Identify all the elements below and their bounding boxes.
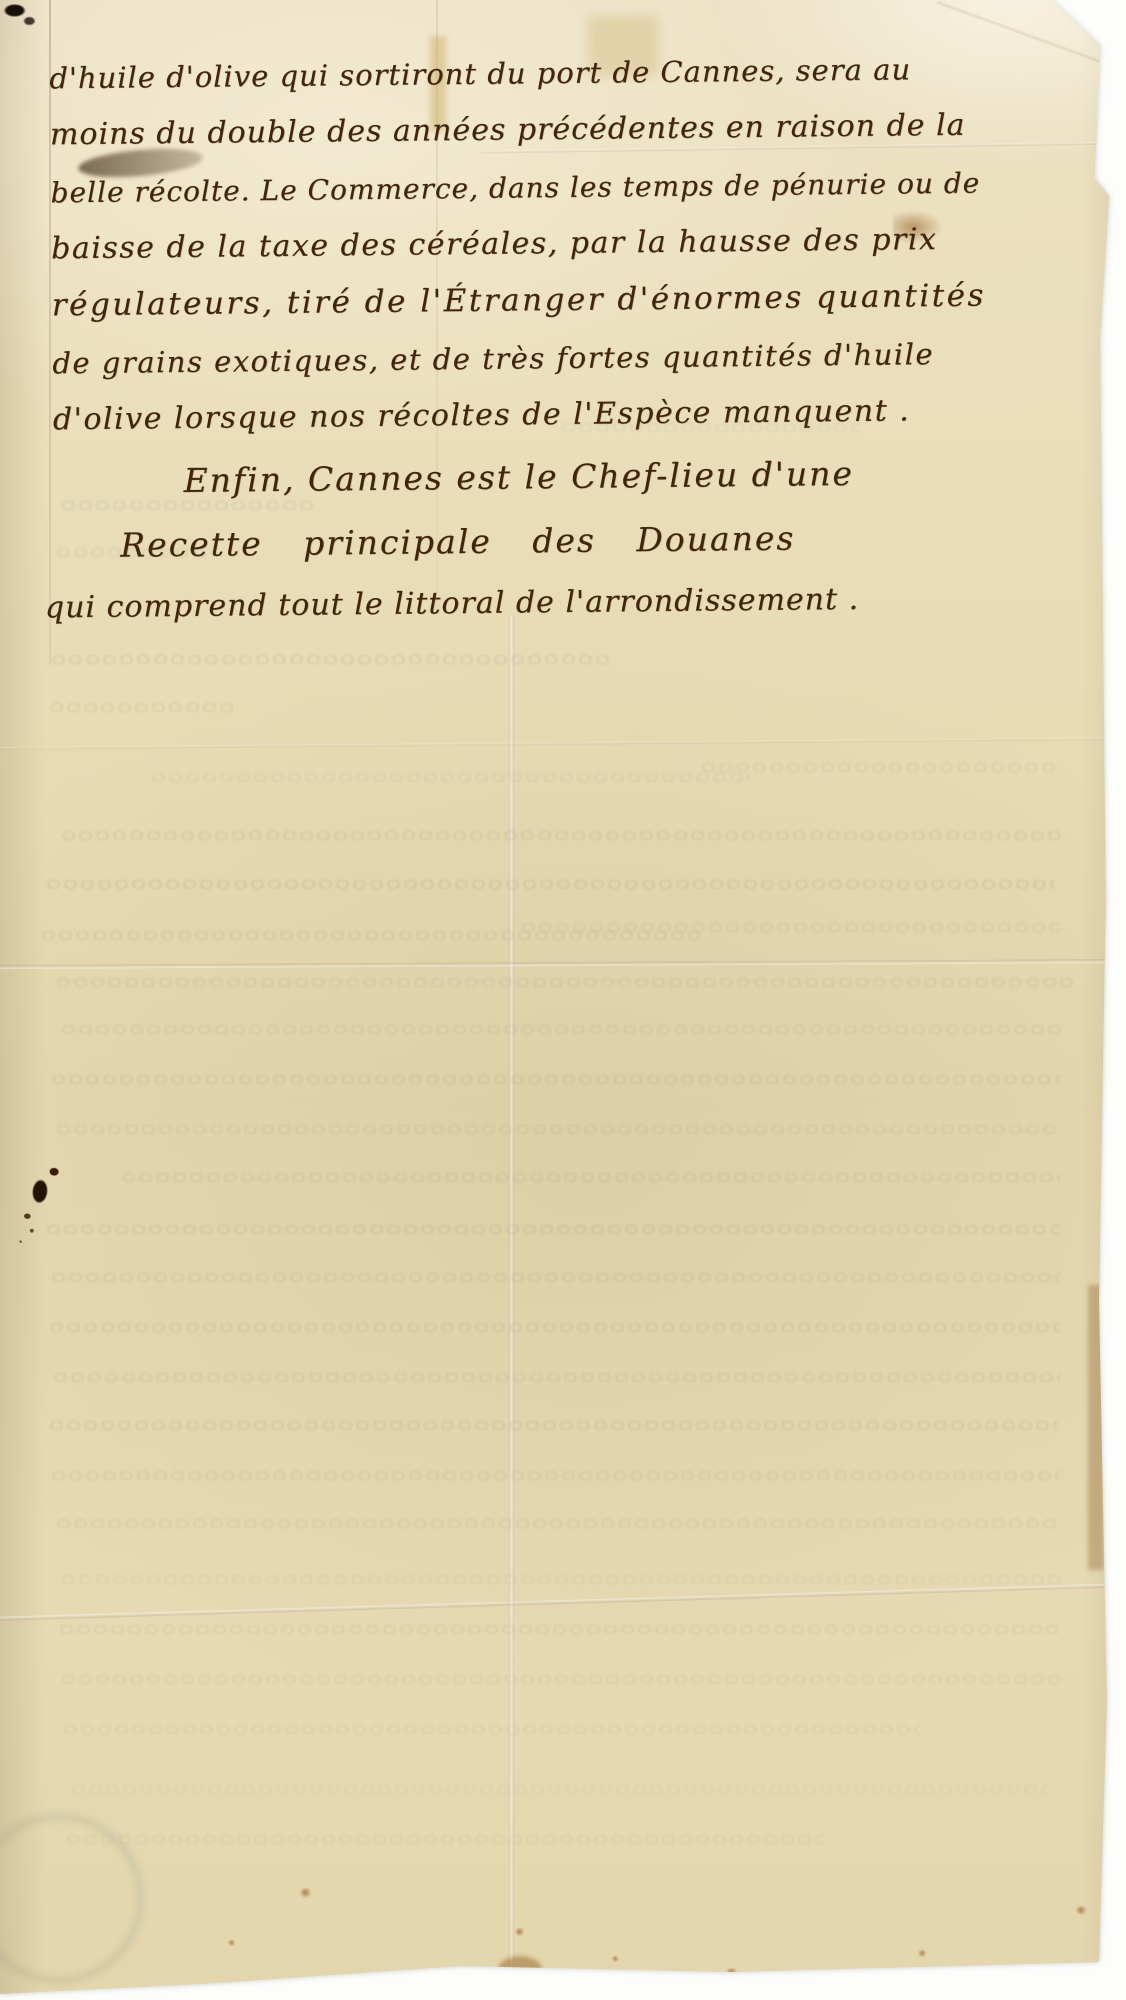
letter-line: d'olive lorsque nos récoltes de l'Espèce… [53,372,884,438]
bleed-through-line [700,760,1060,775]
rust-spot [1076,1906,1087,1915]
bleed-through-line [65,1832,825,1847]
bleed-through-line [58,1622,1058,1637]
fold-crease-center-vertical [509,615,514,1990]
letter-line: de grains exotiques, et de très fortes q… [52,315,883,381]
rust-spot [726,1968,738,1978]
bleed-through-line [60,1022,1060,1037]
bleed-through-line [60,828,1060,843]
fold-crease-top-right-2 [936,1,1126,82]
letter-line: d'huile d'olive qui sortiront du port de… [49,30,880,96]
letter-line: baisse de la taxe des céréales, par la h… [51,201,882,267]
bleed-through-line [50,652,610,667]
bleed-through-line [50,1270,1060,1285]
rust-spot [515,1928,525,1936]
fold-intersection-stain [498,1956,542,1984]
bleed-through-line [62,1722,922,1737]
letter-line: moins du double des années précédentes e… [50,87,881,153]
letter-line: belle récolte. Le Commerce, dans les tem… [50,144,881,210]
letter-line: qui comprend tout le littoral de l'arron… [44,557,885,626]
bleed-through-line [50,1072,1060,1087]
top-left-ink-mark [0,0,42,30]
bleed-through-line [48,700,238,715]
rust-spot [300,1888,312,1898]
letter-page: d'huile d'olive qui sortiront du port de… [0,0,1126,2000]
bleed-through-line [52,1370,1060,1385]
bleed-through-line [55,1516,1060,1531]
bleed-through-line [520,920,1060,935]
bleed-through-line [55,1122,1055,1137]
bleed-through-line [50,1468,1060,1483]
rust-spot [228,1940,236,1946]
bleed-through-line [70,1782,1050,1797]
letter-line: Enfin, Cannes est le Chef-lieu d'une [183,429,884,500]
fold-crease-horizontal-2 [0,737,1126,750]
seal-ghost-circle [0,1812,145,1985]
bleed-through-line [48,1418,1058,1433]
rust-spot [918,1950,927,1957]
bleed-through-line [45,1222,1060,1237]
fold-crease-top-right-1 [1010,0,1126,72]
letter-line: Recette principale des Douanes [120,493,885,565]
fold-crease-horizontal-4 [0,1583,1126,1621]
rust-spot [612,1956,619,1962]
ink-blot [9,1155,82,1266]
bleed-through-line [60,1572,1060,1587]
bleed-through-line [150,770,750,785]
paper-sheet-wrap: d'huile d'olive qui sortiront du port de… [0,0,1126,2000]
bleed-through-line [120,1170,1060,1185]
bleed-through-line [45,877,1055,892]
bleed-through-line [55,975,1075,990]
bleed-through-line [40,928,700,943]
right-edge-browning [1088,1285,1104,1570]
scanned-letter: d'huile d'olive qui sortiront du port de… [0,0,1126,2000]
bleed-through-line [48,1320,1060,1335]
letter-line: régulateurs, tiré de l'Étranger d'énorme… [51,258,882,324]
bleed-through-line [60,1672,1060,1687]
fold-crease-horizontal-3 [0,959,1126,969]
letter-body: d'huile d'olive qui sortiront du port de… [49,30,885,626]
